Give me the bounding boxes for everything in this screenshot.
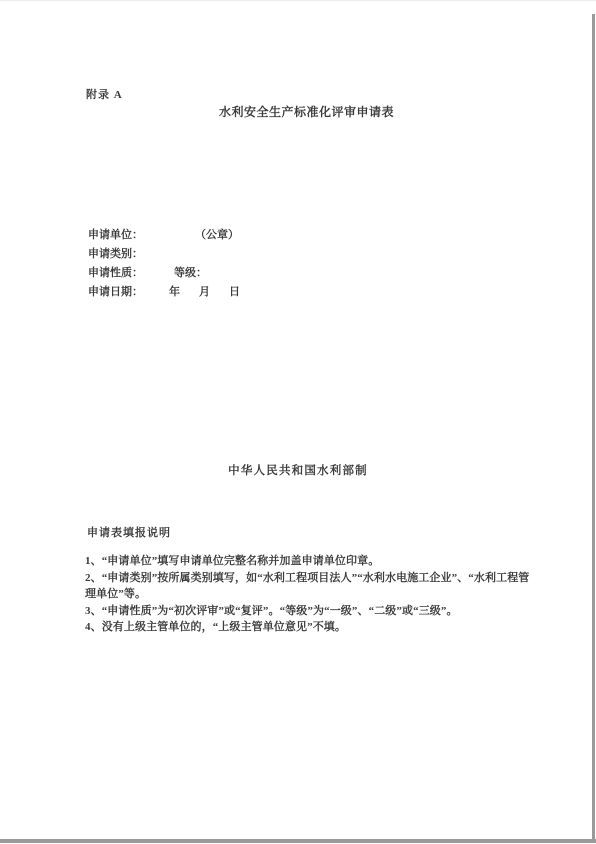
month-label: 月 (199, 283, 210, 299)
date-label: 申请日期： (88, 283, 143, 299)
year-label: 年 (169, 283, 180, 299)
applicant-label: 申请单位： (88, 226, 143, 242)
day-label: 日 (229, 283, 240, 299)
instructions-heading: 申请表填报说明 (87, 524, 171, 540)
instruction-line: 3、“申请性质”为“初次评审”或“复评”。“等级”为“一级”、“二级”或“三级”… (85, 603, 525, 620)
instructions-notes: 1、“申请单位”填写申请单位完整名称并加盖申请单位印章。 2、“申请类别”按所属… (85, 553, 525, 636)
document-page: 附录 A 水利安全生产标准化评审申请表 申请单位： （公章） 申请类别： 申请性… (0, 0, 596, 844)
instruction-line: 4、没有上级主管单位的，“上级主管单位意见”不填。 (85, 619, 525, 636)
instruction-line: 2、“申请类别”按所属类别填写，如“水利工程项目法人”“水利水电施工企业”、“水… (85, 570, 525, 587)
form-row-applicant: 申请单位： （公章） (0, 226, 596, 242)
form-row-date: 申请日期： 年 月 日 (0, 283, 596, 299)
ministry-imprint: 中华人民共和国水利部制 (0, 462, 596, 478)
instruction-line: 理单位”等。 (85, 586, 525, 603)
page-edge-right (592, 14, 595, 841)
seal-note: （公章） (195, 226, 239, 242)
instruction-line: 1、“申请单位”填写申请单位完整名称并加盖申请单位印章。 (85, 553, 525, 570)
form-row-category: 申请类别： (0, 245, 596, 261)
appendix-label: 附录 A (86, 86, 123, 102)
form-row-nature: 申请性质： 等级： (0, 264, 596, 280)
nature-label: 申请性质： (88, 264, 143, 280)
document-title: 水利安全生产标准化评审申请表 (0, 103, 596, 120)
category-label: 申请类别： (88, 245, 143, 261)
page-edge-top (0, 0, 596, 1)
page-edge-bottom (0, 839, 596, 843)
grade-label: 等级： (174, 264, 207, 280)
